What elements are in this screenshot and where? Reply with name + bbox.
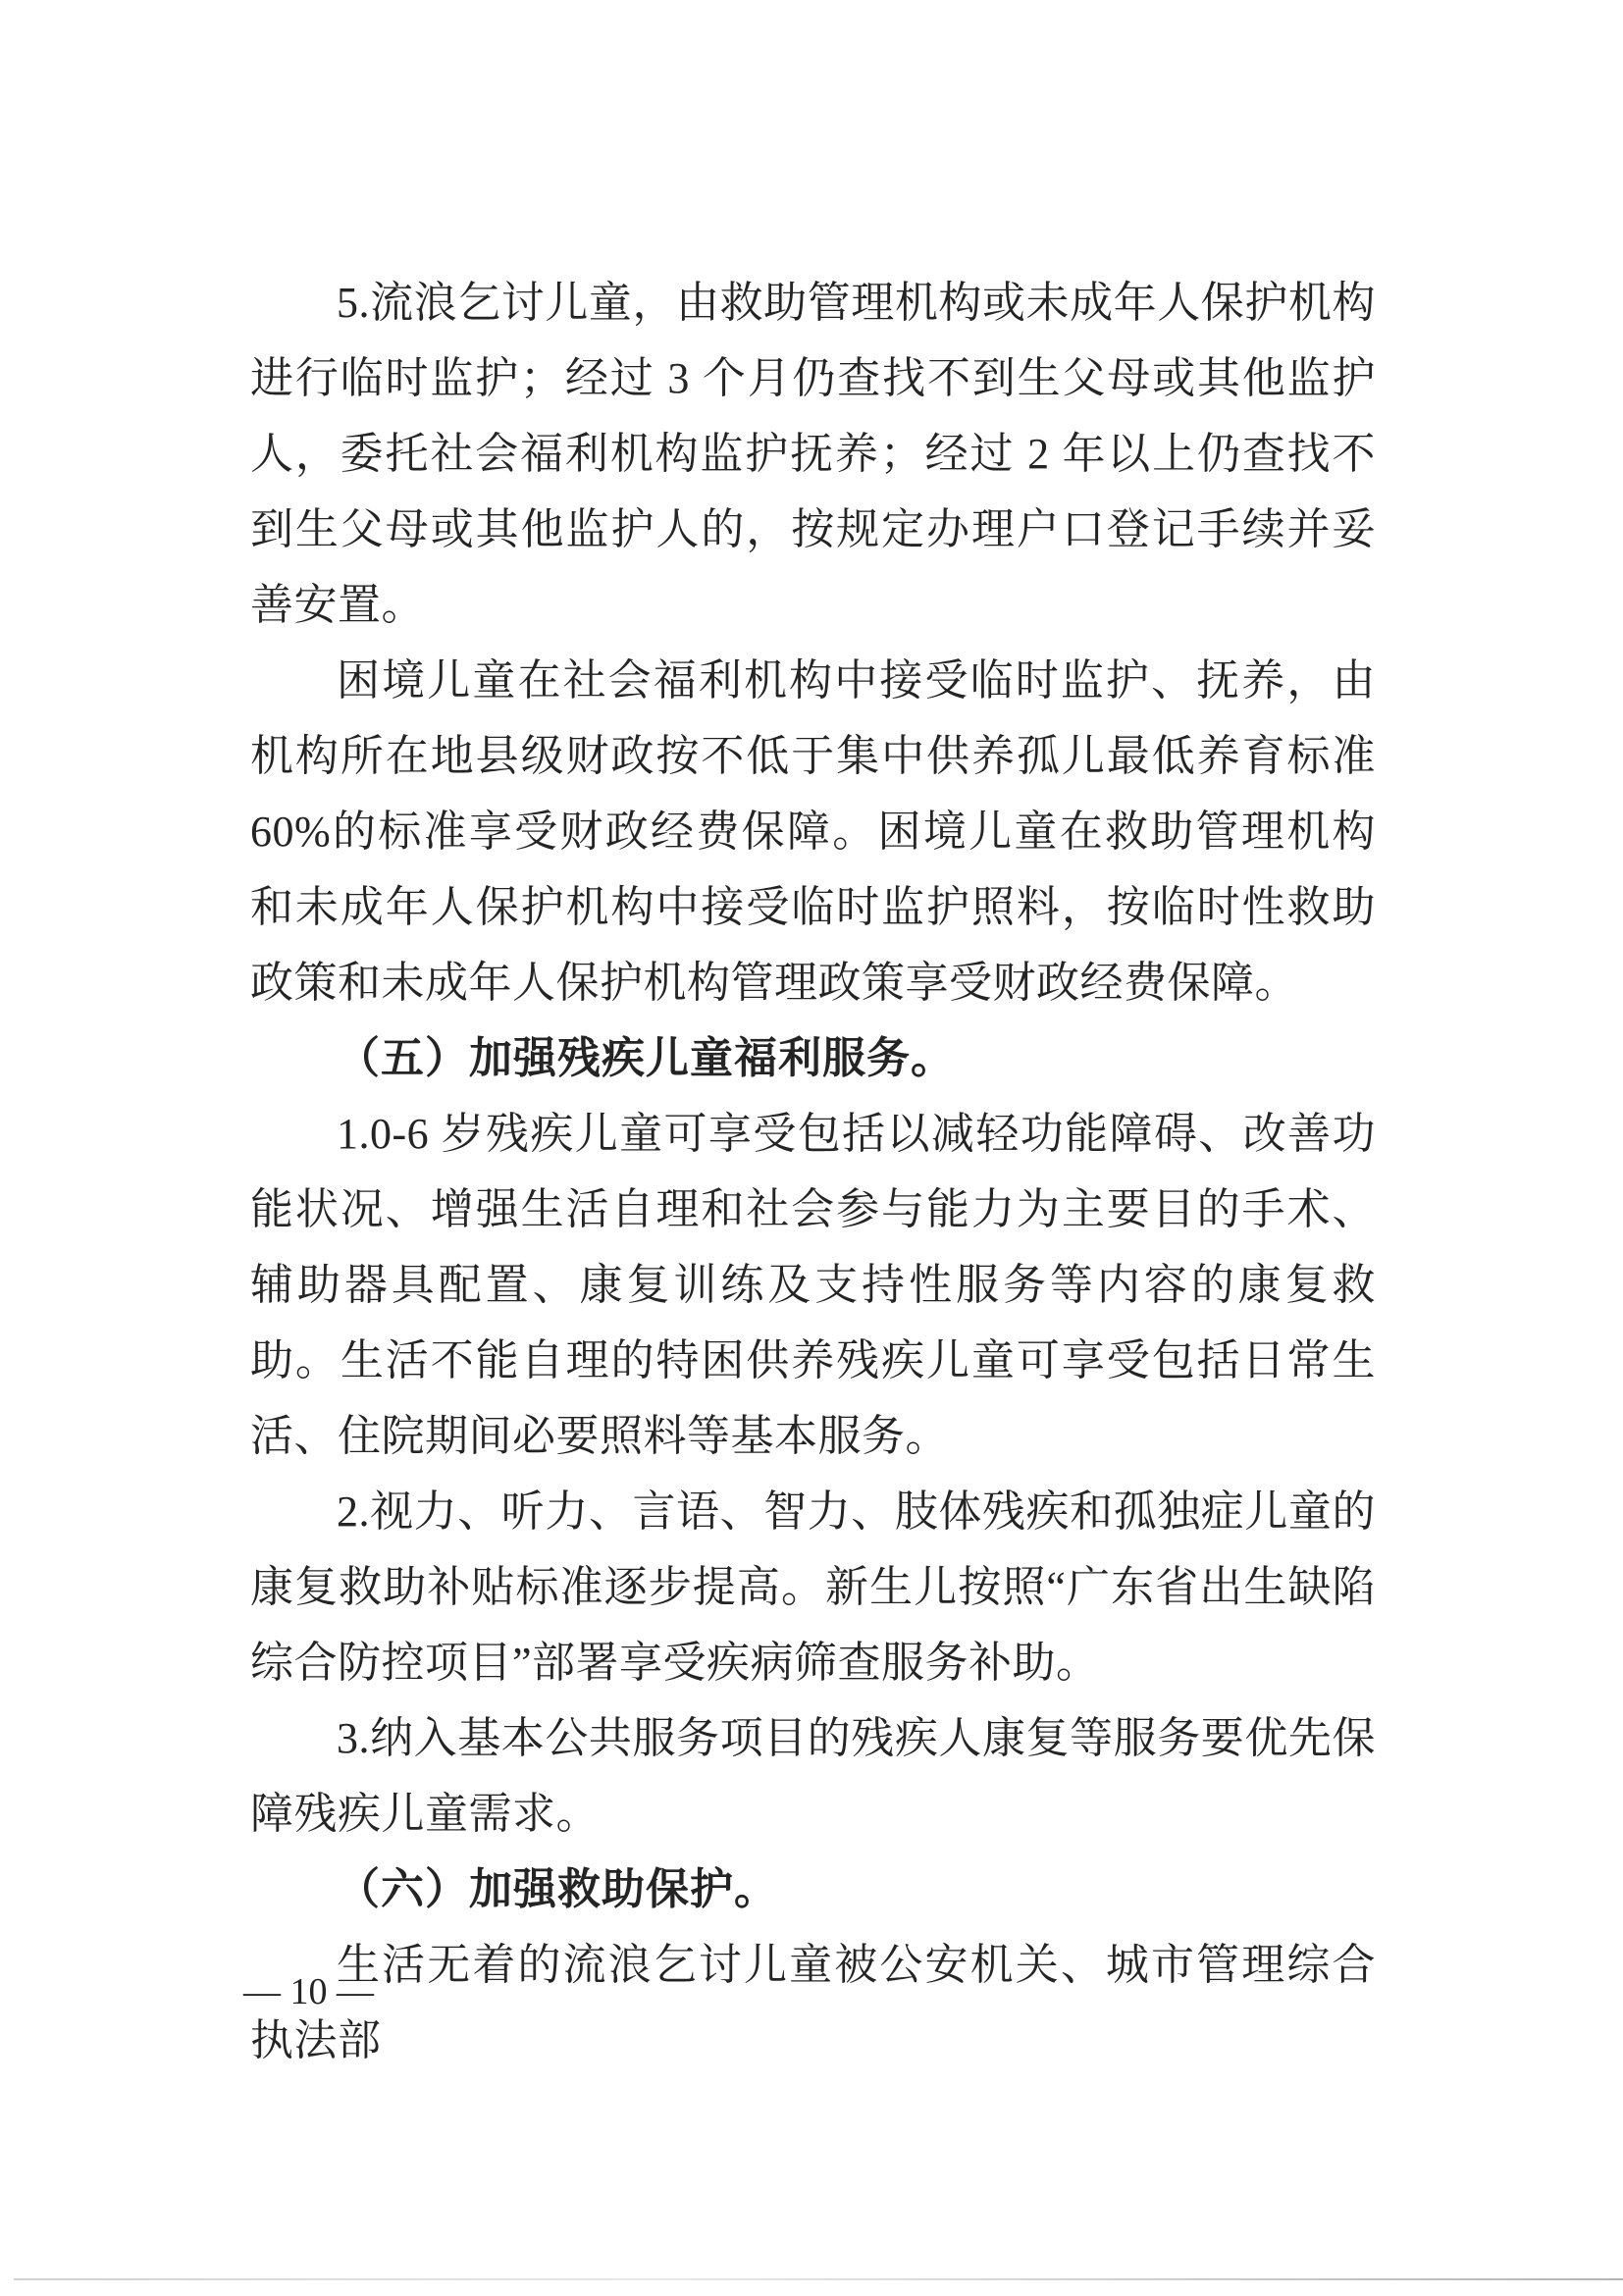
paragraph-temporary-guardianship: 5.流浪乞讨儿童，由救助管理机构或未成年人保护机构进行临时监护；经过 3 个月仍… xyxy=(250,265,1376,643)
paragraph-public-service-priority: 3.纳入基本公共服务项目的残疾人康复等服务要优先保障残疾儿童需求。 xyxy=(250,1700,1376,1852)
section-heading-5-disabled-children-welfare: （五）加强残疾儿童福利服务。 xyxy=(250,1020,1376,1096)
document-page: 5.流浪乞讨儿童，由救助管理机构或未成年人保护机构进行临时监护；经过 3 个月仍… xyxy=(0,0,1623,2296)
page-bottom-scan-edge xyxy=(14,2278,1623,2280)
paragraph-welfare-institution-funding: 困境儿童在社会福利机构中接受临时监护、抚养，由机构所在地县级财政按不低于集中供养… xyxy=(250,643,1376,1020)
section-heading-6-rescue-protection: （六）加强救助保护。 xyxy=(250,1852,1376,1927)
footer-page-number: — 10 — xyxy=(243,1970,374,2013)
paragraph-homeless-children: 生活无着的流浪乞讨儿童被公安机关、城市管理综合执法部 xyxy=(250,1927,1376,2078)
document-body: 5.流浪乞讨儿童，由救助管理机构或未成年人保护机构进行临时监护；经过 3 个月仍… xyxy=(250,265,1376,2078)
paragraph-subsidy-standards: 2.视力、听力、言语、智力、肢体残疾和孤独症儿童的康复救助补贴标准逐步提高。新生… xyxy=(250,1474,1376,1700)
paragraph-rehabilitation-assistance: 1.0-6 岁残疾儿童可享受包括以减轻功能障碍、改善功能状况、增强生活自理和社会… xyxy=(250,1096,1376,1474)
